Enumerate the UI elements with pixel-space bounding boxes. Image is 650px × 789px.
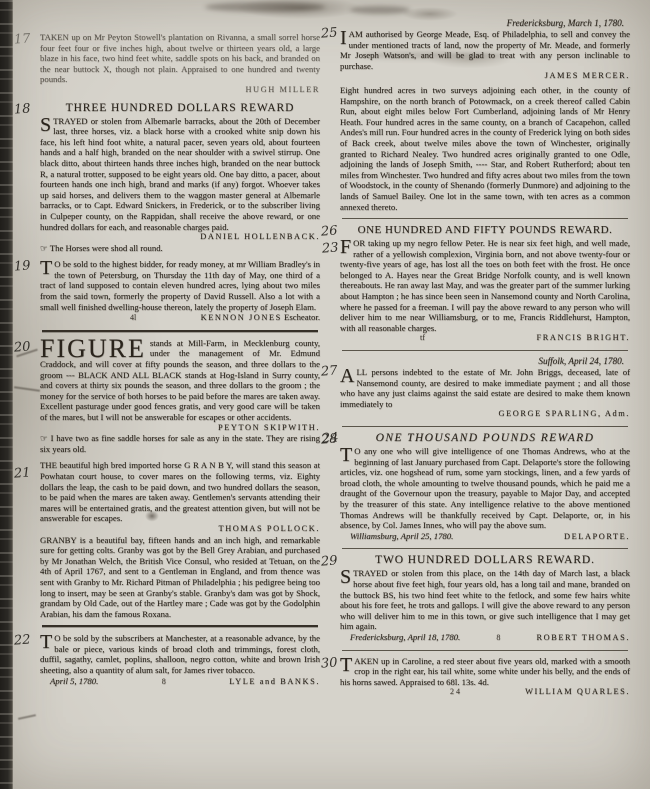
- ad-body: TO be sold to the highest bidder, for re…: [40, 259, 320, 312]
- signature: LYLE and BANKS.: [229, 677, 320, 688]
- ad-heading: ONE HUNDRED AND FIFTY POUNDS REWARD.: [340, 224, 630, 236]
- signature: HUGH MILLER: [245, 85, 320, 96]
- scratch-mark: [18, 714, 36, 720]
- ad-20-figure-stud-horse: 20 FIGUREstands at Mill-Farm, in Mecklen…: [40, 338, 320, 455]
- signature: DELAPORTE.: [564, 532, 630, 543]
- ad-25-mercer-land-sale: 25 Fredericksburg, March 1, 1780. I AM a…: [340, 18, 630, 212]
- stain: [350, 6, 410, 14]
- printer-mark: 8: [162, 677, 166, 688]
- signature: ROBERT THOMAS.: [536, 633, 630, 644]
- signature: JAMES MERCER.: [545, 71, 630, 82]
- margin-number-29: 29: [320, 554, 338, 570]
- display-word-figure: FIGURE: [40, 338, 150, 359]
- margin-number-19: 19: [13, 259, 31, 275]
- section-divider: [342, 218, 628, 219]
- ad-dateline: Suffolk, April 24, 1780.: [340, 356, 624, 367]
- ad-body: TO any one who will give intelligence of…: [340, 446, 630, 531]
- margin-number-30: 30: [320, 655, 338, 671]
- right-column: 25 Fredericksburg, March 1, 1780. I AM a…: [340, 18, 630, 704]
- section-divider: [42, 625, 318, 627]
- ad-30-taken-up-steer: 30 TAKEN up in Caroline, a red steer abo…: [340, 656, 630, 698]
- ad-29-two-hundred-dollars-reward: 29 TWO HUNDRED DOLLARS REWARD. STRAYED o…: [340, 554, 630, 643]
- section-divider: [42, 330, 318, 332]
- margin-number-18: 18: [13, 101, 31, 117]
- newspaper-page: 17 TAKEN up on Mr Peyton Stowell's plant…: [0, 0, 650, 789]
- scan-film-edge: [0, 0, 13, 789]
- signature: PEYTON SKIPWITH.: [218, 423, 320, 434]
- signature: FRANCIS BRIGHT.: [537, 333, 630, 344]
- margin-number-21: 21: [13, 466, 31, 482]
- ad-22-manchester-goods: 22 TO be sold by the subscribers at Manc…: [40, 633, 320, 687]
- margin-number-25: 25: [320, 25, 338, 41]
- section-divider: [342, 548, 628, 549]
- signature: KENNON JONES: [201, 313, 282, 322]
- manicule-note: ☞ The Horses were shod all round.: [40, 243, 163, 254]
- signature: DANIEL HOLLENBACK.: [200, 232, 320, 243]
- section-divider: [342, 650, 628, 651]
- left-column: 17 TAKEN up on Mr Peyton Stowell's plant…: [40, 32, 320, 693]
- signature-suffix: Escheator.: [284, 312, 320, 322]
- ad-body: FOR taking up my negro fellow Peter. He …: [340, 238, 630, 333]
- ad-dateline: Fredericksburg, March 1, 1780.: [340, 18, 624, 29]
- scratch-mark: [14, 386, 40, 392]
- ad-body: TAKEN up in Caroline, a red steer about …: [340, 656, 630, 688]
- ad-body-2: GRANBY is a beautiful bay, fifteen hands…: [40, 535, 320, 620]
- ad-heading: ONE THOUSAND POUNDS REWARD: [340, 432, 630, 444]
- ad-17-taken-up-horse: 17 TAKEN up on Mr Peyton Stowell's plant…: [40, 32, 320, 96]
- ad-body: I AM authorised by George Meade, Esq. of…: [340, 29, 630, 71]
- ad-body: STRAYED or stolen from Albemarle barrack…: [40, 116, 320, 233]
- ad-date: April 5, 1780.: [40, 676, 98, 687]
- margin-number-22: 22: [13, 633, 31, 649]
- ad-19-land-sale-petersburg: 19 TO be sold to the highest bidder, for…: [40, 259, 320, 324]
- ad-28-one-thousand-pounds-reward: 28 ONE THOUSAND POUNDS REWARD TO any one…: [340, 432, 630, 542]
- ad-body: ALL persons indebted to the estate of Mr…: [340, 367, 630, 409]
- margin-number-20: 20: [13, 339, 31, 355]
- ad-26-150-pounds-reward: 26 ONE HUNDRED AND FIFTY POUNDS REWARD. …: [340, 224, 630, 344]
- ad-body: TO be sold by the subscribers at Manches…: [40, 633, 320, 675]
- manicule-note: ☞ I have two as fine saddle horses for s…: [40, 433, 320, 454]
- ad-date: Fredericksburg, April 18, 1780.: [340, 632, 460, 643]
- margin-number-23: 23: [322, 240, 340, 256]
- printer-mark: 2 4: [450, 687, 460, 698]
- margin-number-26: 26: [320, 224, 338, 240]
- margin-number-27: 27: [320, 363, 338, 379]
- signature: WILLIAM QUARLES.: [525, 687, 630, 698]
- signature: GEORGE SPARLING, Adm.: [499, 409, 631, 420]
- printer-mark: 4l: [130, 313, 136, 324]
- margin-number-17: 17: [13, 31, 31, 47]
- ad-date: Williamsburg, April 25, 1780.: [340, 531, 453, 542]
- ad-body-2: Eight hundred acres in two surveys adjoi…: [340, 85, 630, 212]
- ad-body: TAKEN up on Mr Peyton Stowell's plantati…: [40, 32, 320, 85]
- signature: THOMAS POLLOCK.: [219, 524, 320, 535]
- ad-heading: THREE HUNDRED DOLLARS REWARD: [40, 102, 320, 114]
- ad-heading: TWO HUNDRED DOLLARS REWARD.: [340, 554, 630, 566]
- section-divider: [342, 426, 628, 427]
- section-divider: [342, 350, 628, 351]
- ad-body: THE beautiful high bred imported horse G…: [40, 460, 320, 524]
- printer-mark: tf: [420, 333, 425, 344]
- printer-mark: 8: [496, 633, 500, 644]
- ad-body: STRAYED or stolen from this place, on th…: [340, 568, 630, 632]
- ad-21-granby-stud-horse: 21 THE beautiful high bred imported hors…: [40, 460, 320, 619]
- ad-27-briggs-estate-notice: 27 Suffolk, April 24, 1780. ALL persons …: [340, 356, 630, 420]
- ad-18-three-hundred-dollars-reward: 18 THREE HUNDRED DOLLARS REWARD STRAYED …: [40, 102, 320, 254]
- stain: [205, 2, 325, 12]
- margin-number-28: 28: [320, 431, 338, 447]
